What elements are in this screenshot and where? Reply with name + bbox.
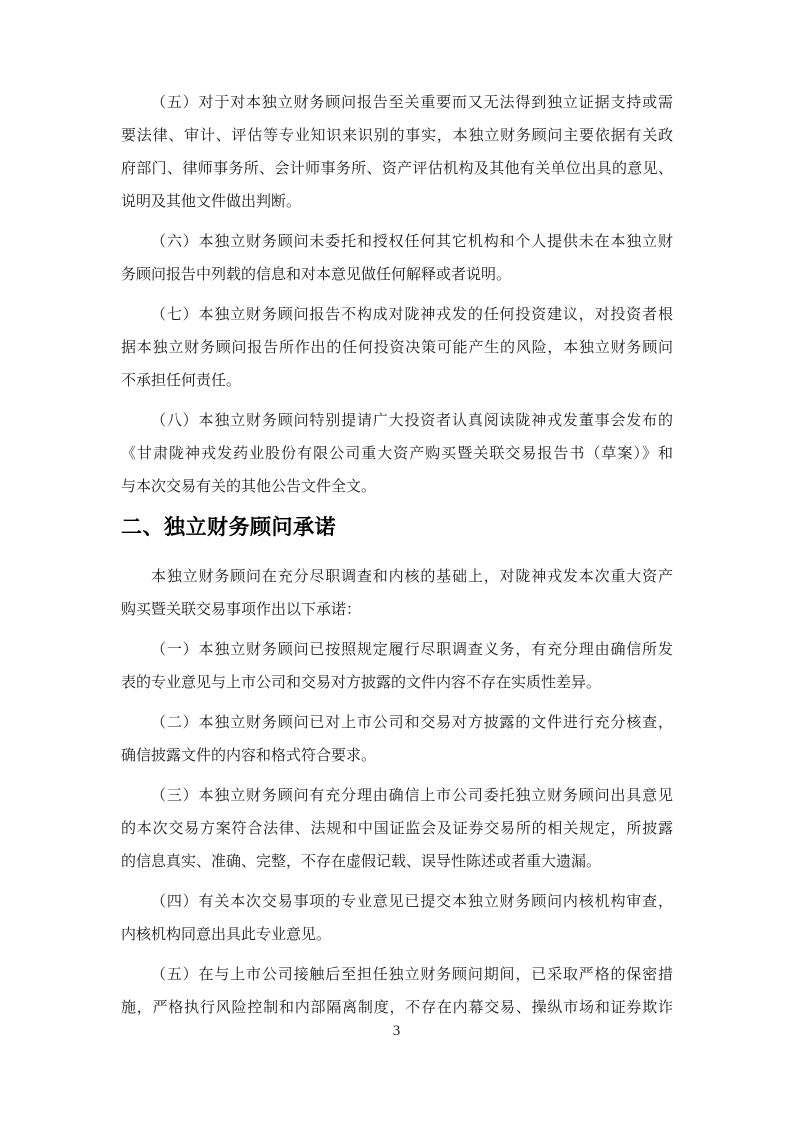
text-line: 的本次交易方案符合法律、法规和中国证监会及证券交易所的相关规定，所披露 [121, 813, 673, 846]
paragraph-item-1: （一）本独立财务顾问已按照规定履行尽职调查义务，有充分理由确信所发 表的专业意见… [121, 634, 673, 700]
text-line: （一）本独立财务顾问已按照规定履行尽职调查义务，有充分理由确信所发 [121, 634, 673, 667]
text-line: 购买暨关联交易事项作出以下承诺： [121, 594, 673, 627]
text-line: 施，严格执行风险控制和内部隔离制度，不存在内幕交易、操纵市场和证券欺诈 [121, 992, 673, 1025]
text-line: 据本独立财务顾问报告所作出的任何投资决策可能产生的风险，本独立财务顾问 [121, 332, 673, 365]
section-heading: 二、独立财务顾问承诺 [121, 511, 673, 545]
text-line: （五）对于对本独立财务顾问报告至关重要而又无法得到独立证据支持或需 [121, 87, 673, 120]
document-page: （五）对于对本独立财务顾问报告至关重要而又无法得到独立证据支持或需 要法律、审计… [0, 0, 793, 1122]
text-line: 说明及其他文件做出判断。 [121, 186, 673, 219]
text-line: 《甘肃陇神戎发药业股份有限公司重大资产购买暨关联交易报告书（草案）》和 [121, 438, 673, 471]
text-line: 的信息真实、准确、完整，不存在虚假记载、误导性陈述或者重大遗漏。 [121, 846, 673, 879]
paragraph-item-2: （二）本独立财务顾问已对上市公司和交易对方披露的文件进行充分核查， 确信披露文件… [121, 707, 673, 773]
document-content: （五）对于对本独立财务顾问报告至关重要而又无法得到独立证据支持或需 要法律、审计… [121, 87, 673, 1032]
paragraph-intro: 本独立财务顾问在充分尽职调查和内核的基础上，对陇神戎发本次重大资产 购买暨关联交… [121, 561, 673, 627]
text-line: 要法律、审计、评估等专业知识来识别的事实，本独立财务顾问主要依据有关政 [121, 120, 673, 153]
paragraph-item-3: （三）本独立财务顾问有充分理由确信上市公司委托独立财务顾问出具意见 的本次交易方… [121, 780, 673, 879]
text-line: 不承担任何责任。 [121, 365, 673, 398]
text-line: 与本次交易有关的其他公告文件全文。 [121, 471, 673, 504]
text-line: 本独立财务顾问在充分尽职调查和内核的基础上，对陇神戎发本次重大资产 [121, 561, 673, 594]
paragraph-item-7: （七）本独立财务顾问报告不构成对陇神戎发的任何投资建议，对投资者根 据本独立财务… [121, 299, 673, 398]
text-line: （三）本独立财务顾问有充分理由确信上市公司委托独立财务顾问出具意见 [121, 780, 673, 813]
text-line: （七）本独立财务顾问报告不构成对陇神戎发的任何投资建议，对投资者根 [121, 299, 673, 332]
text-line: 务顾问报告中列载的信息和对本意见做任何解释或者说明。 [121, 259, 673, 292]
paragraph-item-5b: （五）在与上市公司接触后至担任独立财务顾问期间，已采取严格的保密措 施，严格执行… [121, 959, 673, 1025]
text-line: （二）本独立财务顾问已对上市公司和交易对方披露的文件进行充分核查， [121, 707, 673, 740]
text-line: （六）本独立财务顾问未委托和授权任何其它机构和个人提供未在本独立财 [121, 226, 673, 259]
paragraph-item-6: （六）本独立财务顾问未委托和授权任何其它机构和个人提供未在本独立财 务顾问报告中… [121, 226, 673, 292]
paragraph-item-4: （四）有关本次交易事项的专业意见已提交本独立财务顾问内核机构审查， 内核机构同意… [121, 886, 673, 952]
text-line: 府部门、律师事务所、会计师事务所、资产评估机构及其他有关单位出具的意见、 [121, 153, 673, 186]
text-line: 内核机构同意出具此专业意见。 [121, 919, 673, 952]
text-line: 表的专业意见与上市公司和交易对方披露的文件内容不存在实质性差异。 [121, 667, 673, 700]
page-number: 3 [0, 1022, 793, 1040]
paragraph-item-5: （五）对于对本独立财务顾问报告至关重要而又无法得到独立证据支持或需 要法律、审计… [121, 87, 673, 219]
text-line: （四）有关本次交易事项的专业意见已提交本独立财务顾问内核机构审查， [121, 886, 673, 919]
paragraph-item-8: （八）本独立财务顾问特别提请广大投资者认真阅读陇神戎发董事会发布的 《甘肃陇神戎… [121, 405, 673, 504]
text-line: （八）本独立财务顾问特别提请广大投资者认真阅读陇神戎发董事会发布的 [121, 405, 673, 438]
text-line: 确信披露文件的内容和格式符合要求。 [121, 740, 673, 773]
text-line: （五）在与上市公司接触后至担任独立财务顾问期间，已采取严格的保密措 [121, 959, 673, 992]
